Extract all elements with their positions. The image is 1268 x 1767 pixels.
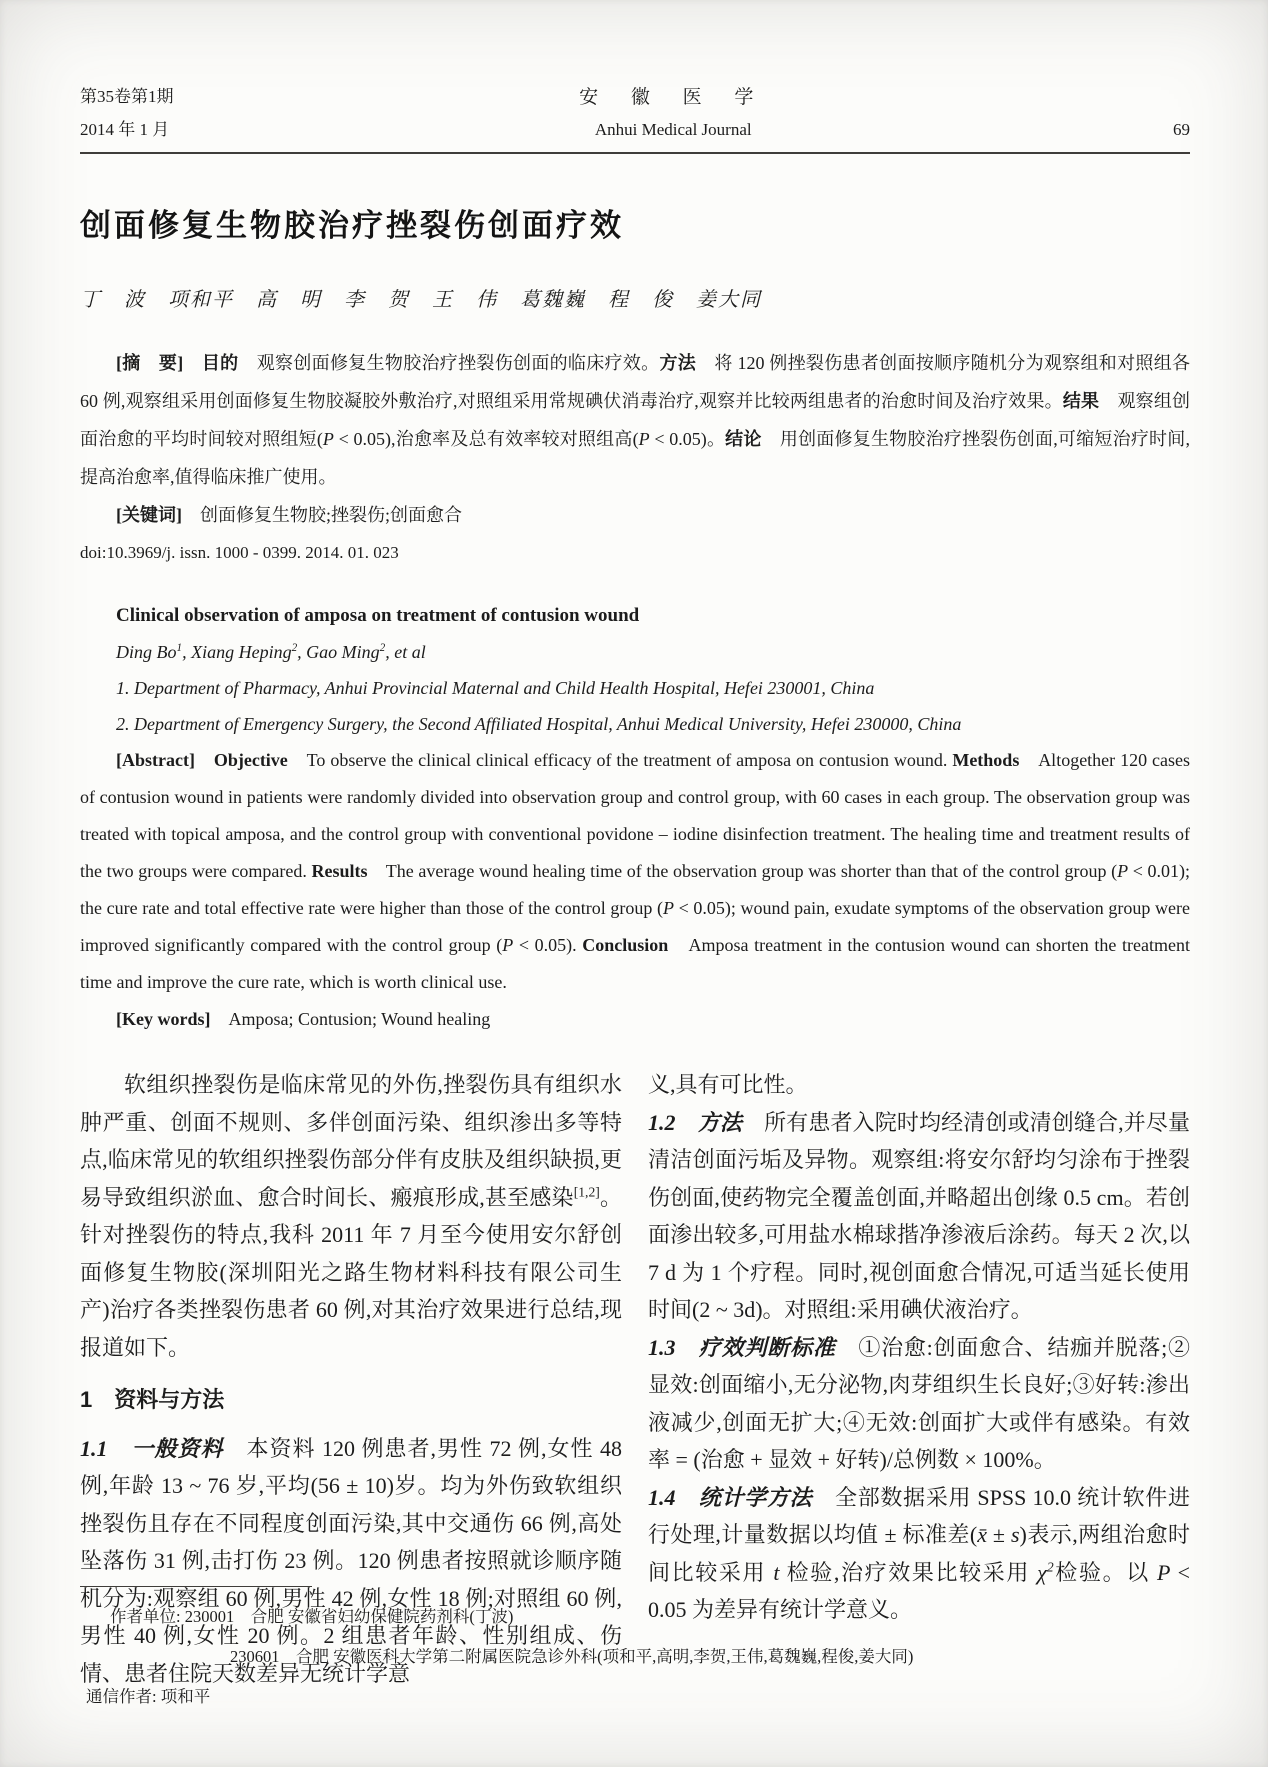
page-content: 第35卷第1期 2014 年 1 月 安 徽 医 学 Anhui Medical…: [80, 0, 1190, 1692]
authors-cn: 丁 波 项和平 高 明 李 贺 王 伟 葛魏巍 程 俊 姜大同: [80, 283, 1190, 312]
abstract-cn: [摘 要] 目的 观察创面修复生物胶治疗挫裂伤创面的临床疗效。方法 将 120 …: [80, 344, 1190, 496]
affiliation-1: 1. Department of Pharmacy, Anhui Provinc…: [80, 670, 1190, 706]
intro-paragraph: 软组织挫裂伤是临床常见的外伤,挫裂伤具有组织水肿严重、创面不规则、多伴创面污染、…: [80, 1066, 622, 1366]
page-header: 第35卷第1期 2014 年 1 月 安 徽 医 学 Anhui Medical…: [80, 0, 1190, 146]
english-block: Clinical observation of amposa on treatm…: [80, 598, 1190, 1038]
header-divider: [80, 152, 1190, 154]
section-1-3-paragraph: 1.3 疗效判断标准 ①治愈:创面愈合、结痂并脱落;②显效:创面缩小,无分泌物,…: [648, 1329, 1190, 1479]
corresponding-author-note: 通信作者: 项和平: [80, 1677, 1190, 1717]
section-1-2-paragraph: 1.2 方法 所有患者入院时均经清创或清创缝合,并尽量清洁创面污垢及异物。观察组…: [648, 1104, 1190, 1329]
journal-page: 第35卷第1期 2014 年 1 月 安 徽 医 学 Anhui Medical…: [0, 0, 1268, 1767]
section-1-1-continuation: 义,具有可比性。: [648, 1066, 1190, 1104]
issue-info: 第35卷第1期 2014 年 1 月: [80, 80, 174, 146]
footnote: 作者单位: 230001 合肥 安徽省妇幼保健院药剂科(丁波) 230601 合…: [80, 1586, 1190, 1717]
journal-name-cn: 安 徽 医 学: [579, 82, 767, 114]
abstract-en: [Abstract] Objective To observe the clin…: [80, 742, 1190, 1001]
authors-en: Ding Bo1, Xiang Heping2, Gao Ming2, et a…: [80, 634, 1190, 670]
article-title-en: Clinical observation of amposa on treatm…: [80, 598, 1190, 634]
journal-name-block: 安 徽 医 学 Anhui Medical Journal: [579, 82, 767, 146]
journal-name-en: Anhui Medical Journal: [579, 114, 767, 146]
issue-date: 2014 年 1 月: [80, 113, 174, 146]
author-affiliation-note-1: 作者单位: 230001 合肥 安徽省妇幼保健院药剂科(丁波): [80, 1597, 1190, 1637]
doi-line: doi:10.3969/j. issn. 1000 - 0399. 2014. …: [80, 534, 1190, 572]
section-1-heading: 1 资料与方法: [80, 1381, 622, 1419]
footnote-divider: [80, 1586, 312, 1587]
article-title-cn: 创面修复生物胶治疗挫裂伤创面疗效: [80, 200, 1190, 245]
keywords-en: [Key words] Amposa; Contusion; Wound hea…: [80, 1001, 1190, 1038]
page-number: 69: [1173, 113, 1190, 146]
author-affiliation-note-2: 230601 合肥 安徽医科大学第二附属医院急诊外科(项和平,高明,李贺,王伟,…: [80, 1637, 1190, 1677]
keywords-cn: [关键词] 创面修复生物胶;挫裂伤;创面愈合: [80, 496, 1190, 534]
volume-issue: 第35卷第1期: [80, 80, 174, 113]
affiliation-2: 2. Department of Emergency Surgery, the …: [80, 706, 1190, 742]
